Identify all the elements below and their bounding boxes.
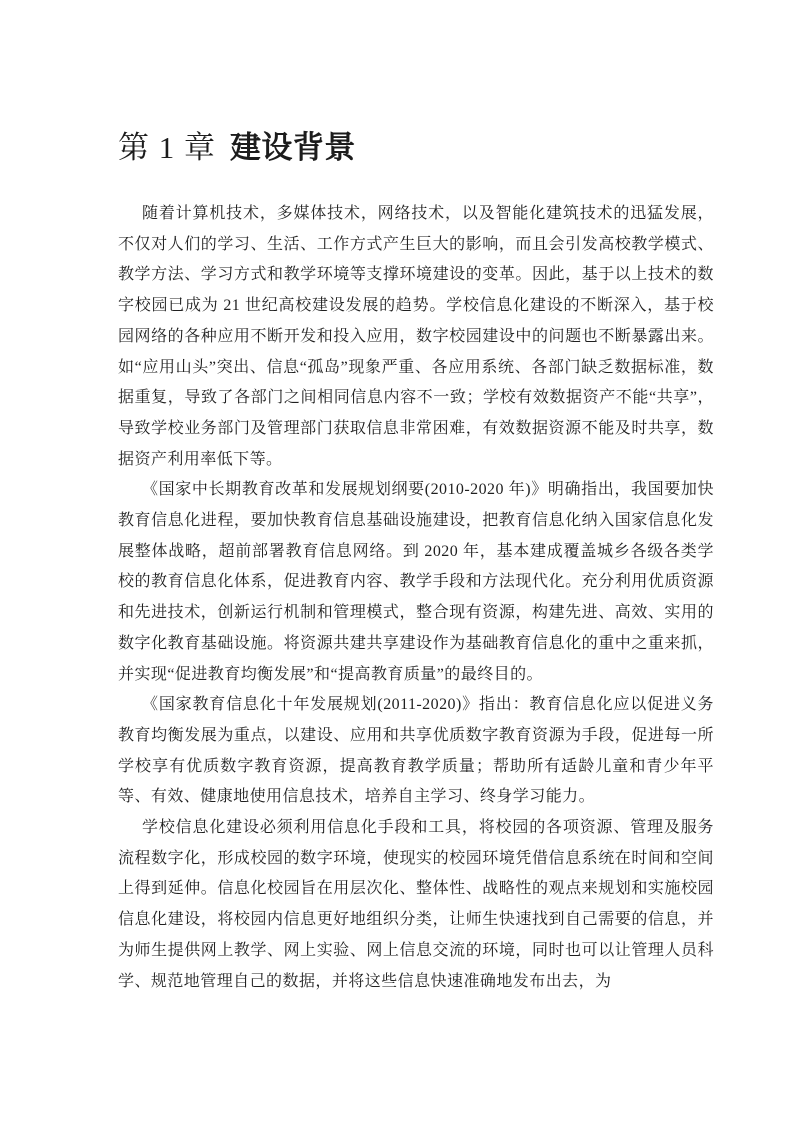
chapter-title: 第 1 章建设背景 [118, 126, 356, 170]
body-paragraph-4: 学校信息化建设必须利用信息化手段和工具，将校园的各项资源、管理及服务流程数字化，… [118, 813, 714, 997]
chapter-number-label: 第 1 章 [118, 130, 216, 165]
document-body: 随着计算机技术，多媒体技术，网络技术，以及智能化建筑技术的迅猛发展，不仅对人们的… [118, 199, 714, 997]
chapter-name: 建设背景 [230, 130, 356, 165]
body-paragraph-2: 《国家中长期教育改革和发展规划纲要(2010-2020 年)》明确指出，我国要加… [118, 475, 714, 690]
document-page: 第 1 章建设背景 随着计算机技术，多媒体技术，网络技术，以及智能化建筑技术的迅… [0, 0, 793, 1122]
body-paragraph-3: 《国家教育信息化十年发展规划(2011-2020)》指出：教育信息化应以促进义务… [118, 690, 714, 813]
body-paragraph-1: 随着计算机技术，多媒体技术，网络技术，以及智能化建筑技术的迅猛发展，不仅对人们的… [118, 199, 714, 475]
